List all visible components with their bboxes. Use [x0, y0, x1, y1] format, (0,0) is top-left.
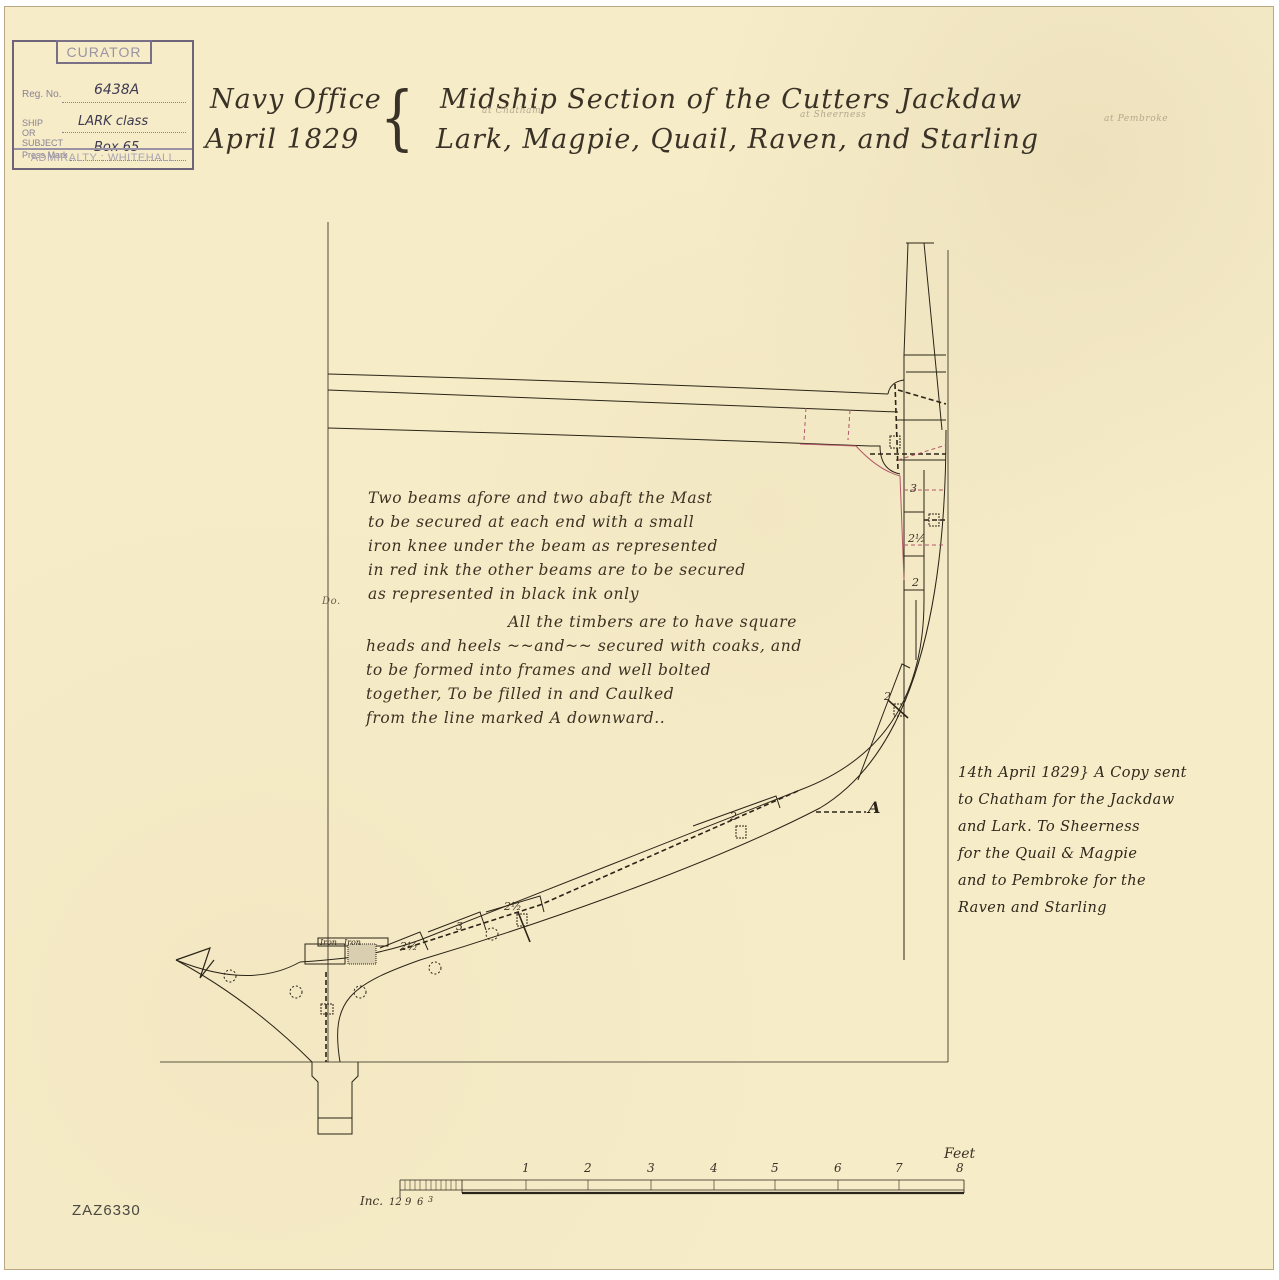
- svg-text:7: 7: [895, 1161, 903, 1175]
- keel-label: Iron: [319, 938, 337, 947]
- svg-text:1: 1: [522, 1161, 530, 1175]
- svg-text:6: 6: [417, 1197, 424, 1208]
- svg-text:12: 12: [389, 1197, 402, 1208]
- svg-text:2: 2: [583, 1161, 592, 1175]
- svg-text:4: 4: [709, 1161, 718, 1175]
- svg-text:6: 6: [834, 1161, 842, 1175]
- timber-label: 3: [456, 920, 463, 933]
- feet-label: Feet: [943, 1146, 976, 1162]
- timbers-note: All the timbers are to have square heads…: [366, 610, 802, 730]
- margin-mark: Do.: [322, 590, 341, 614]
- svg-text:3: 3: [428, 1195, 433, 1204]
- timber-label: 2: [729, 810, 737, 823]
- timber-label: 2: [911, 576, 919, 589]
- svg-text:9: 9: [405, 1197, 412, 1208]
- reference-number: ZAZ6330: [72, 1202, 141, 1219]
- copy-sent-note: 14th April 1829} A Copy sent to Chatham …: [958, 760, 1187, 922]
- timber-label: 2½: [399, 940, 418, 953]
- line-marker-a: A: [868, 798, 880, 817]
- svg-text:5: 5: [771, 1161, 779, 1175]
- scale-bar: Inc. 12 9 6 3 1 2 3 4 5 6 7 8 Feet: [359, 1146, 976, 1208]
- beam-note: Two beams afore and two abaft the Mast t…: [368, 486, 746, 606]
- timber-label: 2½: [503, 900, 522, 913]
- inch-label: Inc.: [359, 1194, 383, 1208]
- timber-label: 2½: [907, 532, 926, 545]
- keel-label: Iron: [343, 938, 361, 947]
- timber-label: 3: [910, 482, 917, 495]
- svg-text:8: 8: [956, 1161, 964, 1175]
- timber-label: 2: [883, 690, 891, 703]
- svg-text:3: 3: [647, 1161, 655, 1175]
